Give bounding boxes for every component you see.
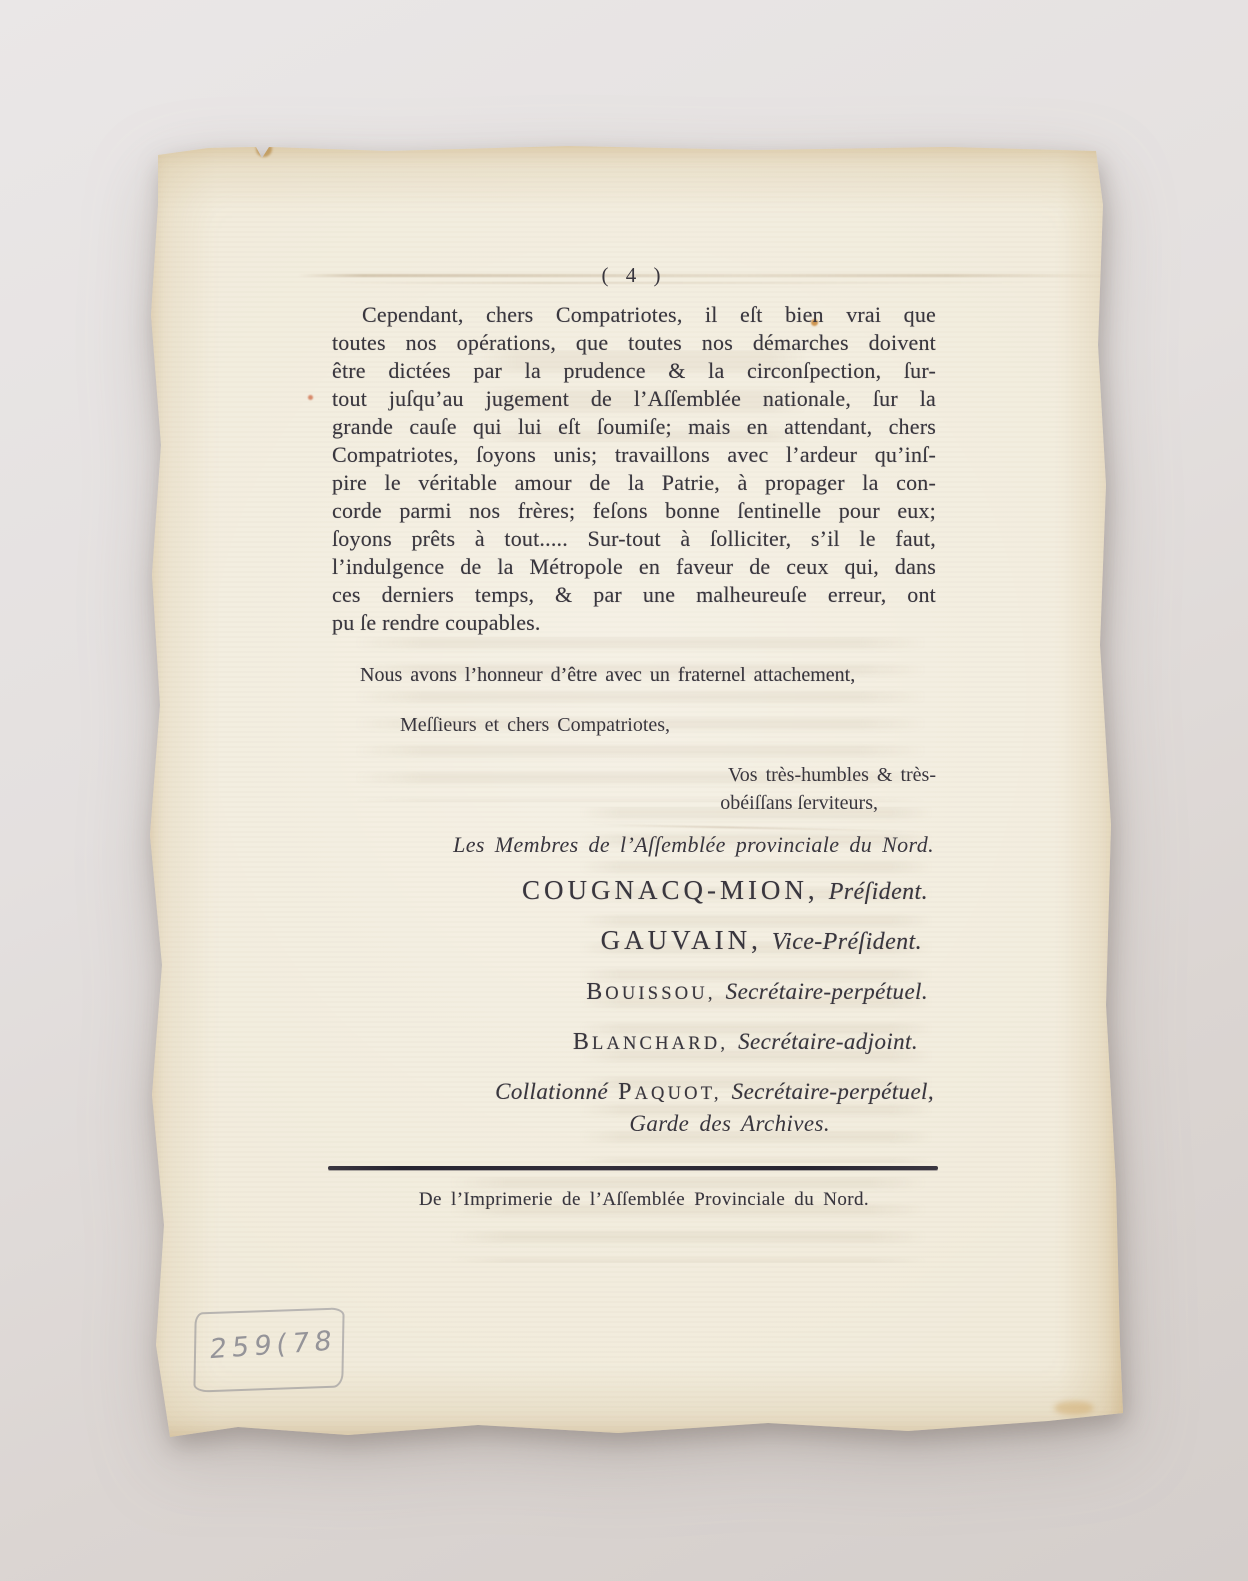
- paragraph-line: ces derniers temps, & par une malheureuſ…: [332, 581, 936, 609]
- body-paragraph: Cependant, chers Compatriotes, il eſt bi…: [332, 301, 936, 637]
- edge-chip: [256, 146, 272, 157]
- signature-secretaire-adjoint: BLANCHARD,Secrétaire-adjoint.: [332, 1029, 936, 1056]
- document-page: ( 4 ) Cependant, chers Compatriotes, il …: [148, 145, 1126, 1443]
- paragraph-line: toutes nos opérations, que toutes nos dé…: [332, 329, 936, 357]
- signature-title: Secrétaire-adjoint.: [738, 1029, 918, 1054]
- imprint-line: De l’Imprimerie de l’Aſſemblée Provincia…: [332, 1189, 936, 1211]
- page-number: ( 4 ): [332, 263, 936, 288]
- signature-president: COUGNACQ-MION,Préſident.: [332, 875, 936, 906]
- paragraph-line: tout juſqu’au jugement de l’Aſſemblée na…: [332, 385, 936, 413]
- collation-name: AQUOT,: [634, 1084, 721, 1104]
- signature-secretaire-perpetuel: BOUISSOU,Secrétaire-perpétuel.: [332, 979, 936, 1006]
- signature-title: Secrétaire-perpétuel.: [726, 979, 928, 1004]
- photo-background: ( 4 ) Cependant, chers Compatriotes, il …: [0, 0, 1248, 1581]
- valediction-line: Vos très-humbles & très-: [332, 764, 936, 787]
- collation-title: Secrétaire-perpétuel,: [732, 1079, 934, 1104]
- pencil-annotation: 259(78: [193, 1307, 346, 1392]
- paragraph-line: pire le véritable amour de la Patrie, à …: [332, 469, 936, 497]
- paragraph-line: Compatriotes, ſoyons unis; travaillons a…: [332, 441, 936, 469]
- signature-name: B: [586, 979, 605, 1005]
- signature-name: B: [573, 1029, 592, 1055]
- signature-title: Vice-Préſident.: [772, 929, 922, 955]
- paragraph-line: être dictées par la prudence & la circon…: [332, 357, 936, 385]
- valediction-line: obéiſſans ſerviteurs,: [332, 792, 936, 815]
- paragraph-line: l’indulgence de la Métropole en faveur d…: [332, 553, 936, 581]
- collation-prefix: Collationné: [495, 1079, 608, 1104]
- paragraph-line: pu ſe rendre coupables.: [332, 609, 936, 637]
- paragraph-line: ſoyons prêts à tout..... Sur-tout à ſoll…: [332, 525, 936, 553]
- signature-vice-president: GAUVAIN,Vice-Préſident.: [332, 925, 936, 956]
- collation-line: CollationnéPAQUOT,Secrétaire-perpétuel,: [332, 1079, 936, 1106]
- signature-name: COUGNACQ-MION,: [522, 875, 819, 905]
- edge-stain: [1054, 1401, 1094, 1415]
- signature-name: OUISSOU,: [605, 984, 715, 1004]
- closing-messieurs-line: Meſſieurs et chers Compatriotes,: [332, 714, 936, 737]
- paragraph-line: grande cauſe qui lui eſt ſoumiſe; mais e…: [332, 413, 936, 441]
- collation-name: P: [618, 1079, 634, 1105]
- printer-rule: [328, 1166, 938, 1170]
- closing-honneur-line: Nous avons l’honneur d’être avec un frat…: [332, 664, 936, 687]
- foxing-spot: [308, 395, 313, 400]
- paragraph-line: corde parmi nos frères; feſons bonne ſen…: [332, 497, 936, 525]
- signature-title: Préſident.: [829, 879, 928, 905]
- collation-title-line2: Garde des Archives.: [332, 1111, 936, 1137]
- signature-name: LANCHARD,: [592, 1034, 728, 1054]
- paragraph-line: Cependant, chers Compatriotes, il eſt bi…: [332, 301, 936, 329]
- document-sheet: ( 4 ) Cependant, chers Compatriotes, il …: [148, 145, 1126, 1443]
- members-line: Les Membres de l’Aſſemblée provinciale d…: [332, 832, 936, 858]
- signature-name: GAUVAIN,: [601, 925, 762, 955]
